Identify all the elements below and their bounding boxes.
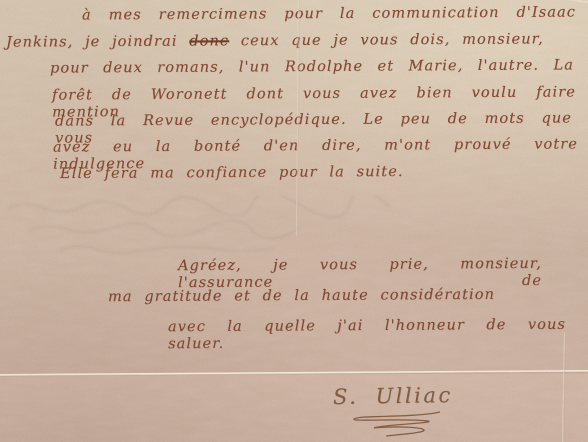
letter-line-7: Elle fera ma confiance pour la suite. — [60, 164, 404, 183]
paper-shade-below-fold — [0, 374, 588, 442]
handwritten-letter-photograph: à mes remercimens pour la communication … — [0, 0, 588, 442]
letter-line-3: pour deux romans, l'un Rodolphe et Marie… — [50, 57, 574, 78]
ink-showthrough-marks — [0, 196, 460, 266]
letter-line-2-start: Jenkins, je joindrai — [6, 34, 178, 51]
signature-flourish — [344, 409, 444, 439]
fold-crease-horizontal — [0, 370, 588, 377]
closing-line-3: avec la quelle j'ai l'honneur de vous sa… — [168, 317, 566, 354]
letter-line-1: à mes remercimens pour la communication … — [82, 4, 576, 24]
closing-line-2: ma gratitude et de la haute considératio… — [108, 287, 495, 307]
letter-line-2-end: ceux que je vous dois, monsieur, — [241, 31, 544, 49]
crossed-out-word: donc — [189, 33, 229, 49]
letter-line-2: Jenkins, je joindrai donc ceux que je vo… — [6, 31, 544, 52]
signature: S. Ulliac — [333, 383, 453, 409]
